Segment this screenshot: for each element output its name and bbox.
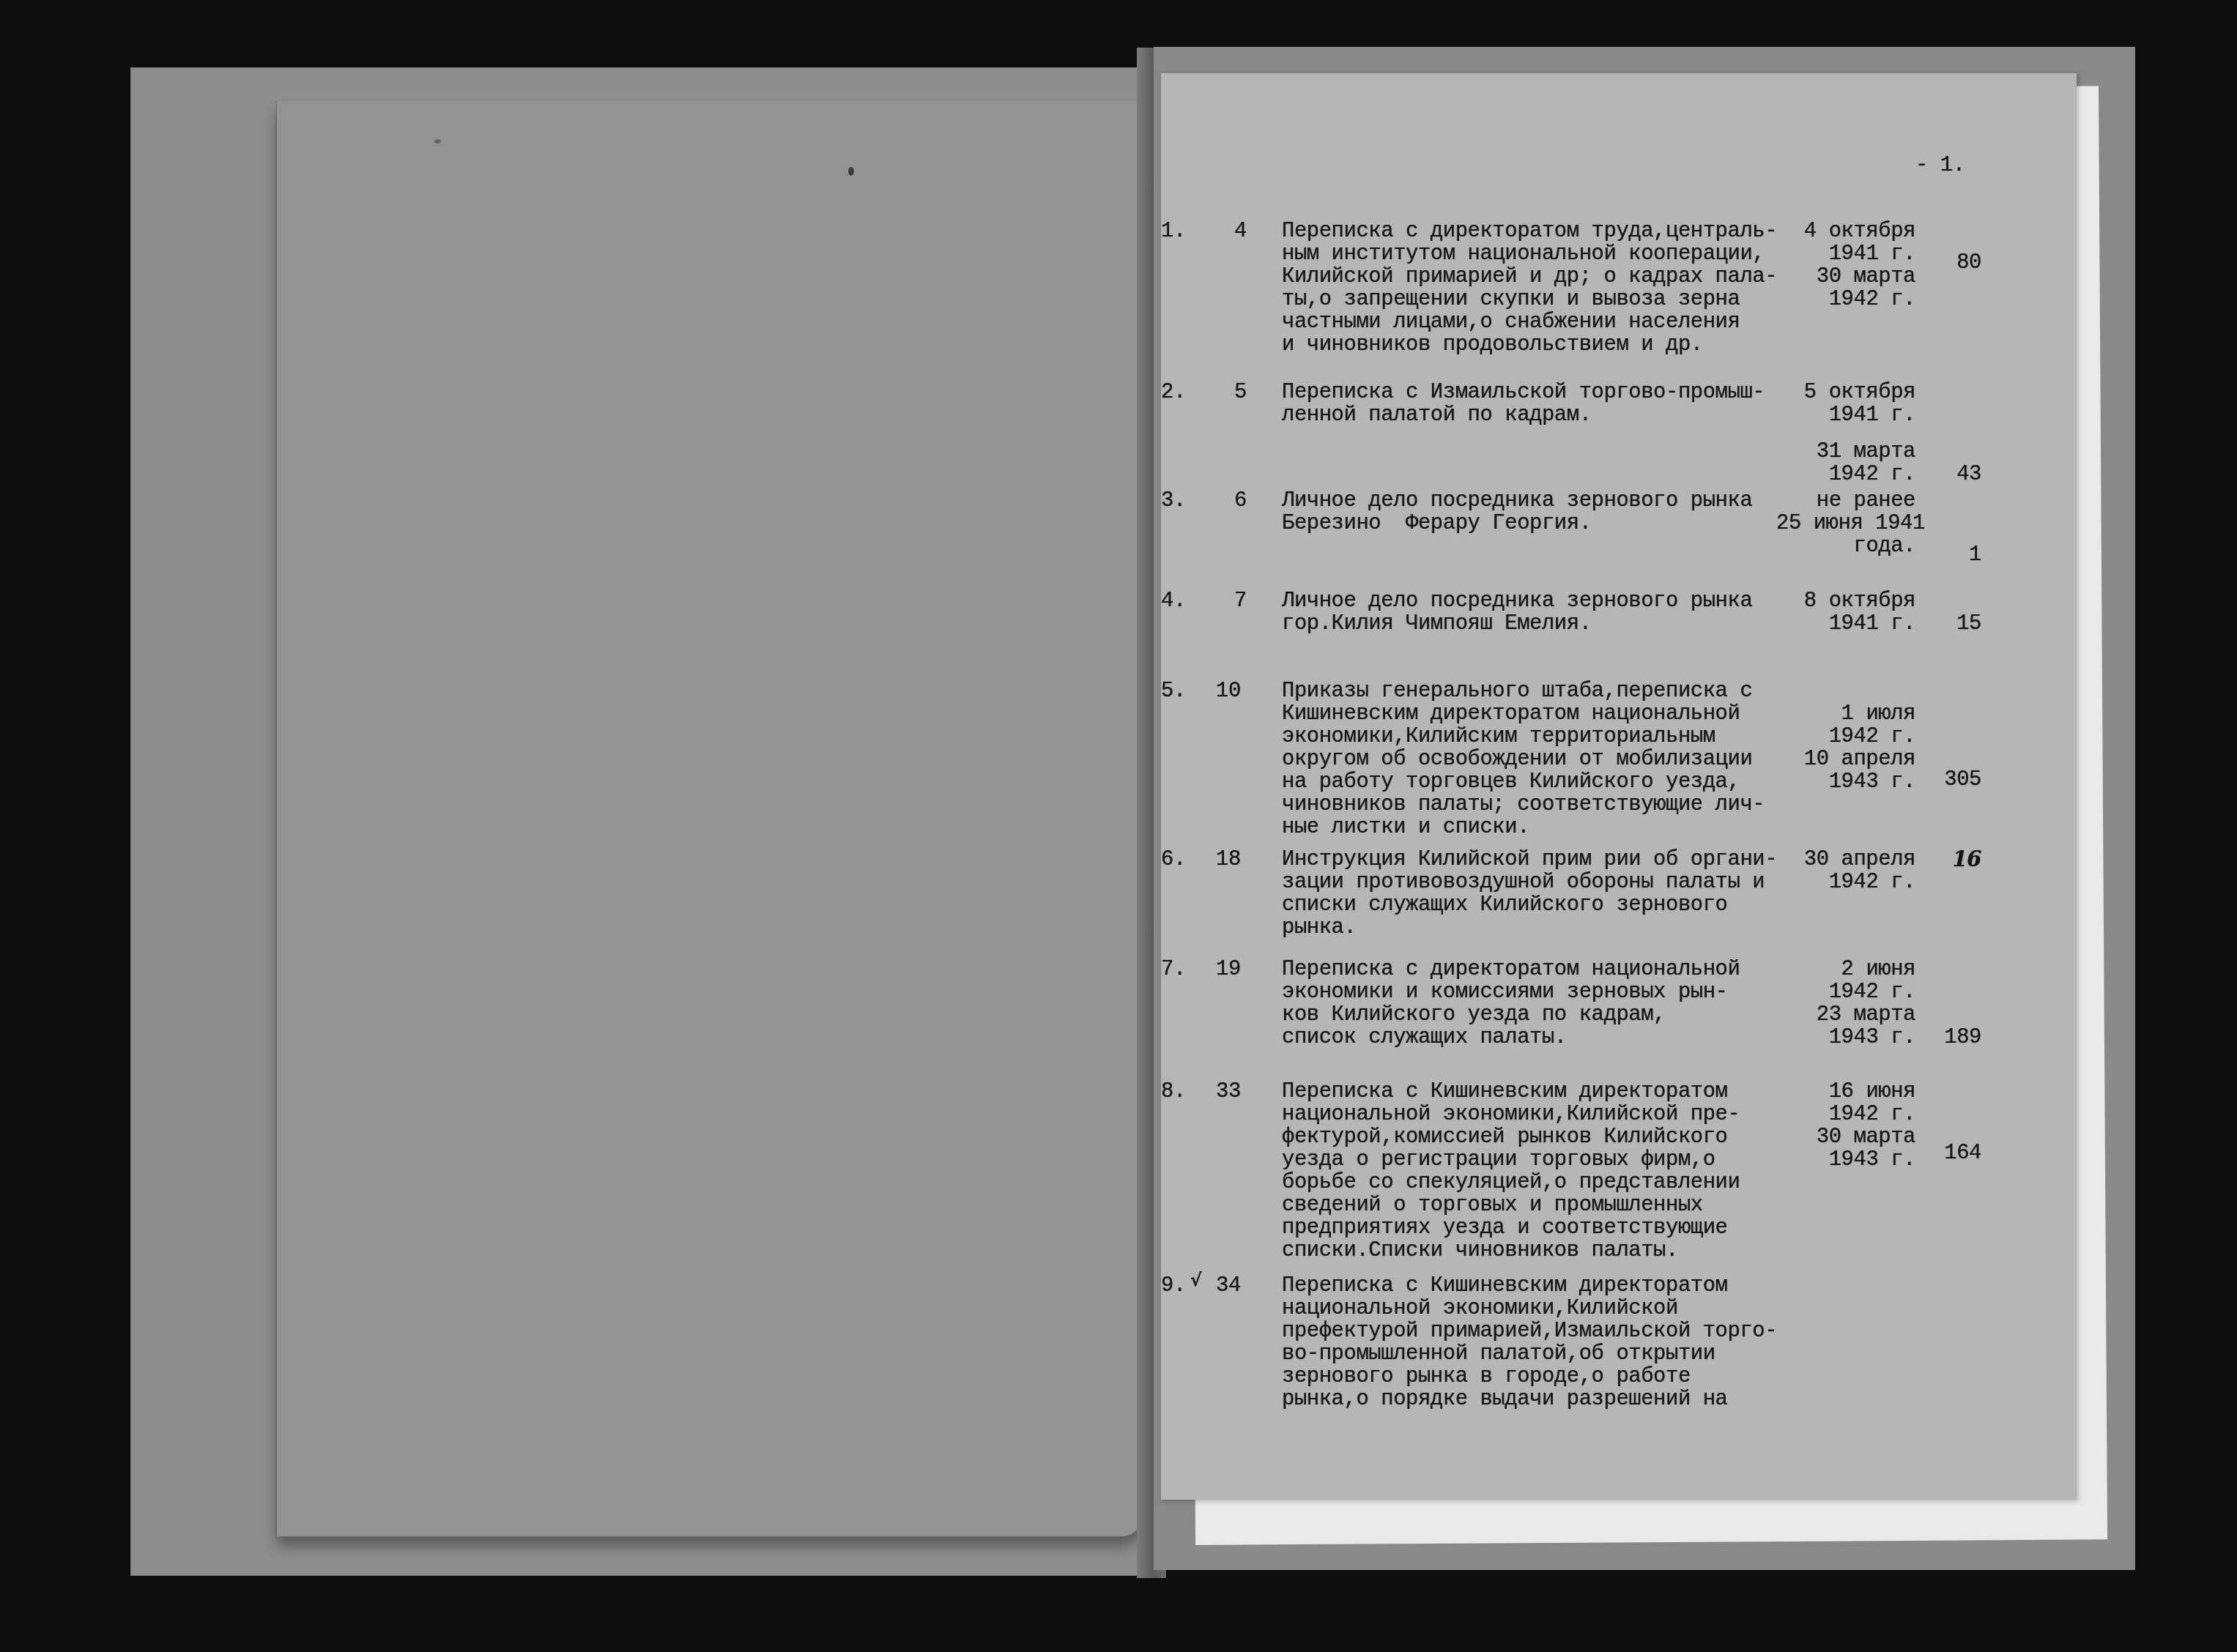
description-line: национальной экономики,Килийской пре- xyxy=(1282,1103,1787,1125)
date-line: 1941 г. xyxy=(1776,403,1915,426)
sheet-count: 16 xyxy=(1930,848,1981,871)
date-line: не ранее xyxy=(1776,489,1915,512)
date-line: 1943 г. xyxy=(1776,1026,1915,1049)
description-line: ков Килийского уезда по кадрам, xyxy=(1282,1003,1787,1026)
file-number: 18 xyxy=(1216,848,1241,871)
description-line: рынка. xyxy=(1282,916,1787,939)
date-line: 23 марта xyxy=(1776,1003,1915,1026)
description-line: сведений о торговых и промышленных xyxy=(1282,1194,1787,1216)
file-number: 33 xyxy=(1216,1080,1241,1103)
item-number: 9. xyxy=(1161,1274,1186,1297)
description-line: зации противовоздушной обороны палаты и xyxy=(1282,871,1787,893)
sheet-count: 15 xyxy=(1930,612,1981,635)
description-line: национальной экономики,Килийской xyxy=(1282,1297,1787,1320)
item-number: 7. xyxy=(1161,958,1186,981)
description-line: чиновников палаты; соответствующие лич- xyxy=(1282,793,1787,816)
item-number: 3. xyxy=(1161,489,1186,512)
file-number: 19 xyxy=(1216,958,1241,981)
date-line: 30 марта xyxy=(1776,265,1915,288)
description-line: списки служащих Килийского зернового xyxy=(1282,893,1787,916)
date-line: 30 марта xyxy=(1776,1125,1915,1148)
date-line: 1942 г. xyxy=(1776,725,1915,748)
file-number: 5 xyxy=(1234,381,1247,403)
description-line: округом об освобождении от мобилизации xyxy=(1282,748,1787,770)
date-line: 1942 г. xyxy=(1776,871,1915,893)
description-line: фектурой,комиссией рынков Килийского xyxy=(1282,1125,1787,1148)
description-line: уезда о регистрации торговых фирм,о xyxy=(1282,1148,1787,1171)
inventory-page: - 1. 1.4Переписка с директоратом труда,ц… xyxy=(1161,73,2077,1500)
item-number: 4. xyxy=(1161,589,1186,612)
file-number: 6 xyxy=(1234,489,1247,512)
sheet-count: 43 xyxy=(1930,463,1981,485)
check-mark-icon: √ xyxy=(1190,1268,1201,1291)
description-line: на работу торговцев Килийского уезда, xyxy=(1282,770,1787,793)
description-line: Приказы генерального штаба,переписка с xyxy=(1282,680,1787,702)
description-line: Переписка с директоратом труда,централь- xyxy=(1282,220,1787,242)
date-line: 10 апреля xyxy=(1776,748,1915,770)
description-line: и чиновников продовольствием и др. xyxy=(1282,333,1787,356)
date-line: 1942 г. xyxy=(1776,981,1915,1003)
date-line: 1943 г. xyxy=(1776,1148,1915,1171)
item-number: 1. xyxy=(1161,220,1186,242)
date-line: 1942 г. xyxy=(1776,463,1915,485)
description-line: ным институтом национальной кооперации, xyxy=(1282,242,1787,265)
description-line: списки.Списки чиновников палаты. xyxy=(1282,1239,1787,1262)
left-blank-flyleaf xyxy=(277,101,1145,1536)
description-line: Килийской примарией и др; о кадрах пала- xyxy=(1282,265,1787,288)
date-line: 4 октября xyxy=(1776,220,1915,242)
description-line: экономики и комиссиями зерновых рын- xyxy=(1282,981,1787,1003)
file-number: 10 xyxy=(1216,680,1241,702)
description-line: Инструкция Килийской прим рии об органи- xyxy=(1282,848,1787,871)
description-line: Переписка с Измаильской торгово-промыш- xyxy=(1282,381,1787,403)
description-line: префектурой примарией,Измаильской торго- xyxy=(1282,1320,1787,1342)
date-line: 25 июня 1941 xyxy=(1776,512,1915,535)
sheet-count: 164 xyxy=(1930,1142,1981,1164)
sheet-count: 1 xyxy=(1930,543,1981,566)
date-line: 1942 г. xyxy=(1776,288,1915,310)
date-line: 1942 г. xyxy=(1776,1103,1915,1125)
description-line: Березино Фераpу Георгия. xyxy=(1282,512,1787,535)
sheet-count: 189 xyxy=(1930,1026,1981,1049)
description-line: список служащих палаты. xyxy=(1282,1026,1787,1049)
item-number: 6. xyxy=(1161,848,1186,871)
description-line: гор.Килия Чимпояш Емелия. xyxy=(1282,612,1787,635)
date-line: 5 октября xyxy=(1776,381,1915,403)
description-line: Переписка с директоратом национальной xyxy=(1282,958,1787,981)
description-line: борьбе со спекуляцией,о представлении xyxy=(1282,1171,1787,1194)
date-line: 30 апреля xyxy=(1776,848,1915,871)
description-line: во-промышленной палатой,об открытии xyxy=(1282,1342,1787,1365)
date-line: 1943 г. xyxy=(1776,770,1915,793)
date-line: года. xyxy=(1776,535,1915,557)
description-line: Переписка с Кишиневским директоратом xyxy=(1282,1274,1787,1297)
date-line: 1941 г. xyxy=(1776,242,1915,265)
description-line: ты,о запрещении скупки и вывоза зерна xyxy=(1282,288,1787,310)
description-line: Личное дело посредника зернового рынка xyxy=(1282,589,1787,612)
sheet-count: 305 xyxy=(1930,768,1981,791)
page-number: - 1. xyxy=(1915,154,1965,176)
description-line: предприятиях уезда и соответствующие xyxy=(1282,1216,1787,1239)
item-number: 8. xyxy=(1161,1080,1186,1103)
description-line: Переписка с Кишиневским директоратом xyxy=(1282,1080,1787,1103)
sheet-count: 80 xyxy=(1930,251,1981,274)
date-line: 31 марта xyxy=(1776,440,1915,463)
date-line: 1 июля xyxy=(1776,702,1915,725)
description-line: рынка,о порядке выдачи разрешений на xyxy=(1282,1388,1787,1410)
date-line: 1941 г. xyxy=(1776,612,1915,635)
date-line: 8 октября xyxy=(1776,589,1915,612)
description-line: частными лицами,о снабжении населения xyxy=(1282,310,1787,333)
date-line: 2 июня xyxy=(1776,958,1915,981)
item-number: 5. xyxy=(1161,680,1186,702)
file-number: 7 xyxy=(1234,589,1247,612)
description-line: Личное дело посредника зернового рынка xyxy=(1282,489,1787,512)
description-line: зернового рынка в городе,о работе xyxy=(1282,1365,1787,1388)
description-line: ленной палатой по кадрам. xyxy=(1282,403,1787,426)
file-number: 34 xyxy=(1216,1274,1241,1297)
description-line: Кишиневским директоратом национальной xyxy=(1282,702,1787,725)
item-number: 2. xyxy=(1161,381,1186,403)
description-line: ные листки и списки. xyxy=(1282,816,1787,838)
description-line: экономики,Килийским территориальным xyxy=(1282,725,1787,748)
file-number: 4 xyxy=(1234,220,1247,242)
date-line: 16 июня xyxy=(1776,1080,1915,1103)
